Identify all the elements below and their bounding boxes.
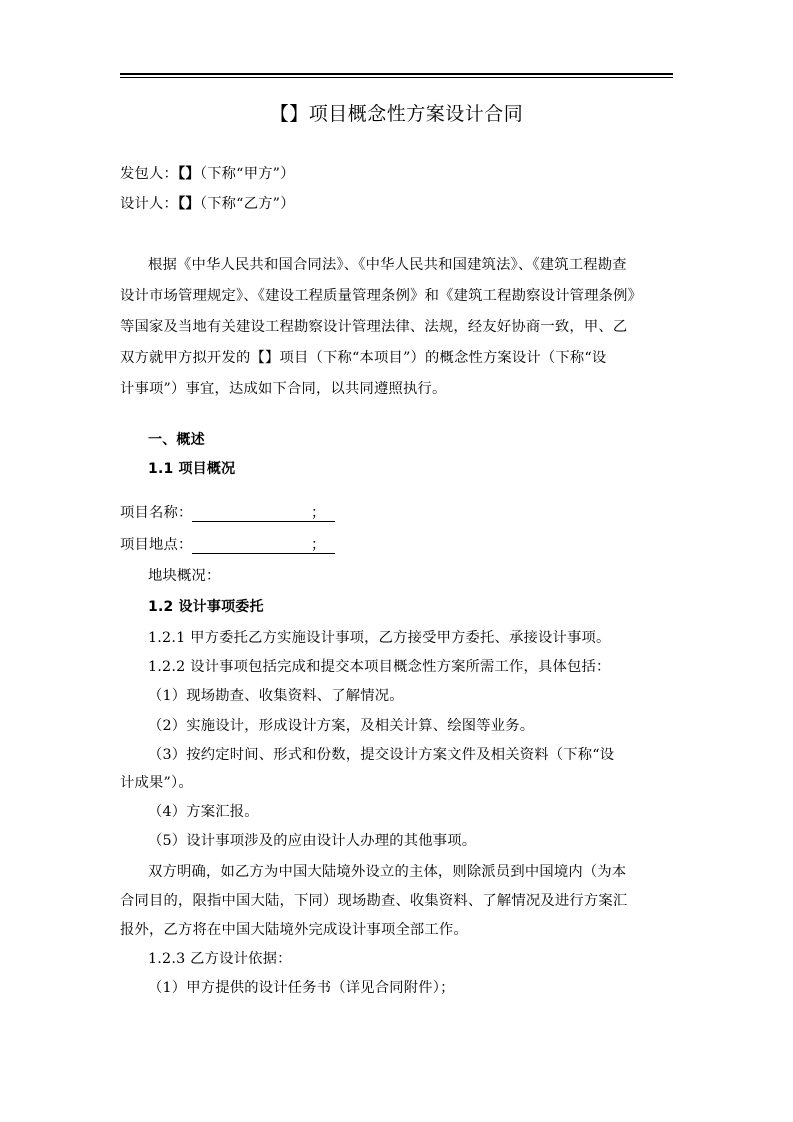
clause-1-2-2-item: （4）方案汇报。 (148, 802, 701, 822)
clause-1-2-2-item: （1）现场勘查、收集资料、了解情况。 (148, 686, 701, 706)
field-project-name-label: 项目名称： (120, 505, 192, 521)
field-project-name: 项目名称：； (120, 503, 673, 523)
clause-1-2-2-item: （3）按约定时间、形式和份数，提交设计方案文件及相关资料（下称“设 (148, 745, 701, 765)
party-employer-label: 发包人： (120, 166, 178, 182)
subsection-heading-design-commission: 1.2 设计事项委托 (148, 597, 701, 617)
preamble-line: 根据《中华人民共和国合同法》、《中华人民共和国建筑法》、《建筑工程勘查 (148, 255, 673, 275)
clause-1-2-3-item: （1）甲方提供的设计任务书（详见合同附件）； (148, 978, 701, 998)
clause-1-2-2: 1.2.2 设计事项包括完成和提交本项目概念性方案所需工作，具体包括： (148, 657, 701, 677)
clarification-line: 双方明确，如乙方为中国大陆境外设立的主体，则除派员到中国境内（为本 (148, 862, 701, 882)
party-designer-label: 设计人： (120, 196, 178, 212)
header-rule-thin (120, 77, 673, 78)
clause-1-2-1: 1.2.1 甲方委托乙方实施设计事项，乙方接受甲方委托、承接设计事项。 (148, 628, 701, 648)
preamble-line: 计事项”）事宜，达成如下合同，以共同遵照执行。 (120, 379, 673, 399)
clarification-line: 报外，乙方将在中国大陆境外完成设计事项全部工作。 (120, 920, 673, 940)
field-project-location: 项目地点：； (120, 535, 673, 555)
project-name-blank[interactable]: ； (192, 503, 335, 522)
clause-1-2-3: 1.2.3 乙方设计依据： (148, 949, 701, 969)
party-designer-value: 【】 (178, 196, 200, 212)
clause-1-2-2-item: （5）设计事项涉及的应由设计人办理的其他事项。 (148, 831, 701, 851)
header-rule-thick (120, 73, 673, 75)
section-heading-overview: 一、概述 (148, 430, 701, 450)
party-employer-value: 【】 (178, 166, 200, 182)
party-employer-note: （下称“甲方”） (200, 166, 295, 182)
party-employer: 发包人：【】（下称“甲方”） (120, 164, 673, 184)
header-double-rule (120, 73, 673, 79)
subsection-heading-project-overview: 1.1 项目概况 (148, 459, 701, 479)
preamble-line: 双方就甲方拟开发的【】项目（下称“本项目”）的概念性方案设计（下称“设 (120, 348, 673, 368)
clause-1-2-2-item: （2）实施设计，形成设计方案，及相关计算、绘图等业务。 (148, 716, 701, 736)
field-project-location-label: 项目地点： (120, 537, 192, 553)
project-location-blank[interactable]: ； (192, 535, 335, 554)
preamble-line: 等国家及当地有关建设工程勘察设计管理法律、法规，经友好协商一致，甲、乙 (120, 317, 673, 337)
project-location-suffix: ； (311, 535, 326, 555)
document-page: 【】项目概念性方案设计合同 发包人：【】（下称“甲方”） 设计人：【】（下称“乙… (0, 0, 793, 1122)
clarification-line: 合同目的，限指中国大陆，下同）现场勘查、收集资料、了解情况及进行方案汇 (120, 891, 673, 911)
party-designer-note: （下称“乙方”） (200, 196, 295, 212)
party-designer: 设计人：【】（下称“乙方”） (120, 194, 673, 214)
plot-overview-label: 地块概况： (148, 566, 701, 586)
document-title: 【】项目概念性方案设计合同 (0, 101, 793, 127)
preamble-line: 设计市场管理规定》、《建设工程质量管理条例》和《建筑工程勘察设计管理条例》 (120, 286, 673, 306)
project-name-suffix: ； (311, 503, 326, 523)
clause-1-2-2-item-continued: 计成果”）。 (120, 773, 673, 793)
